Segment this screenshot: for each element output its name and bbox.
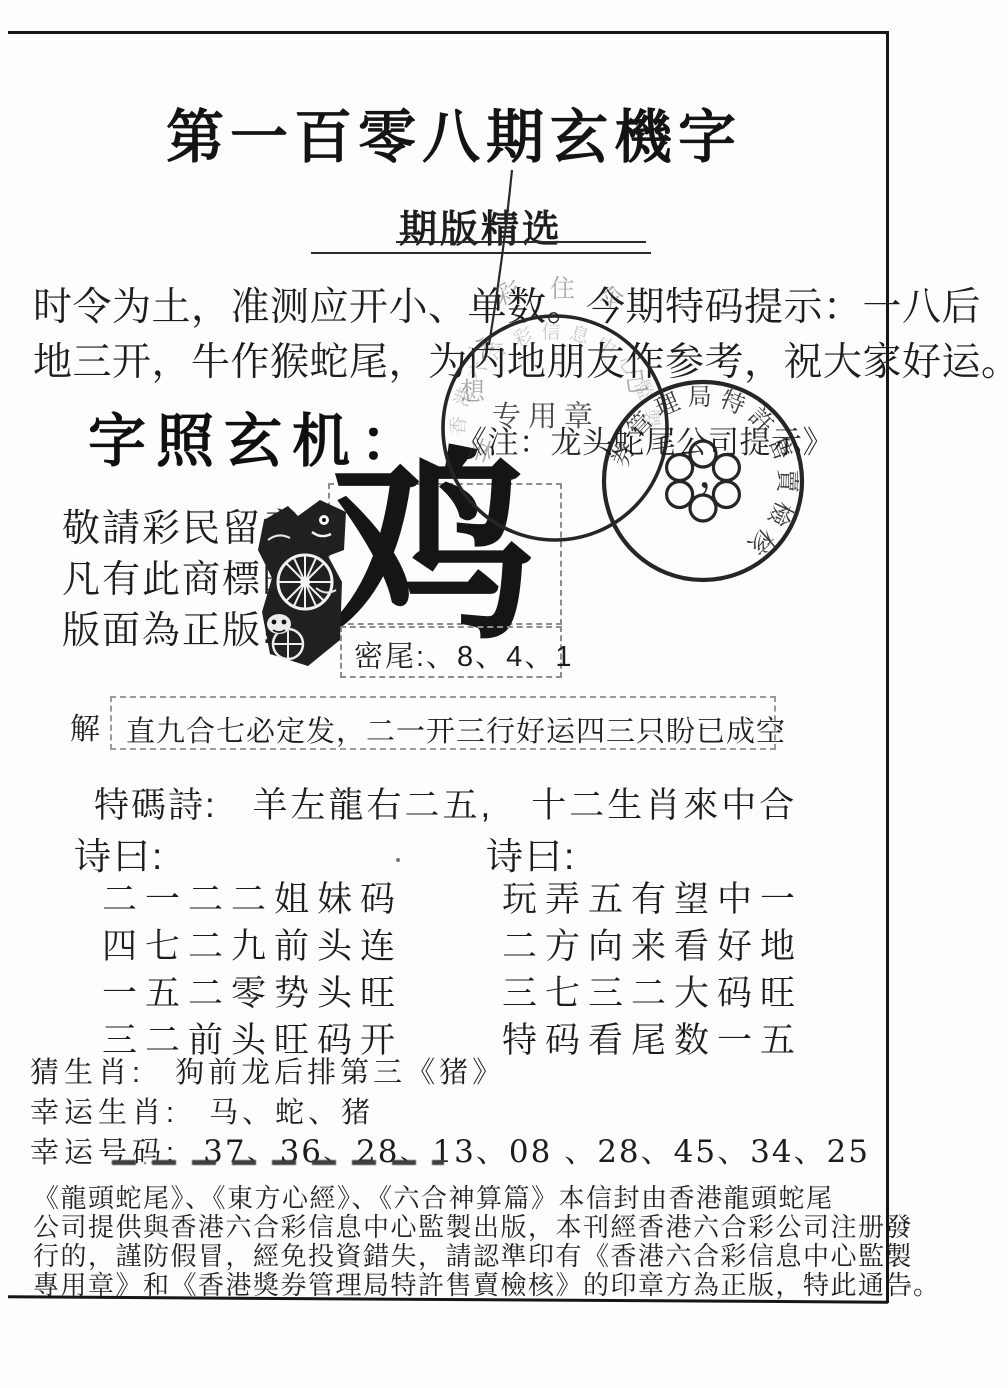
- special-poem-label: 特碼詩:: [94, 786, 217, 825]
- special-code-poem-row: 特碼詩: 羊左龍右二五, 十二生肖來中合: [94, 778, 797, 828]
- solution-box: 直九合七必定发，二一开三行好运四三只盼已成空: [110, 696, 776, 750]
- poem-right-line-2: 二方向来看好地: [502, 919, 803, 969]
- zodiac-character: 鸡: [330, 446, 535, 651]
- solution-label: 解: [70, 704, 100, 748]
- stamp-circle-cluster: [667, 441, 740, 521]
- lucky-zodiac-row: 幸运生肖: 马、蛇、猪: [30, 1090, 374, 1131]
- page-border-top: [8, 31, 888, 34]
- lucky-zodiac-value: 马、蛇、猪: [209, 1097, 374, 1129]
- poem-right-line-3: 三七三二大码旺: [502, 966, 803, 1016]
- right-stamp-circle: [604, 382, 802, 580]
- stamp-comma: ，: [698, 449, 740, 496]
- footer-line-4: 專用章》和《香港獎券管理局特許售賣檢核》的印章方為正版，特此通告。: [33, 1265, 889, 1302]
- poem-right-line-1: 玩弄五有望中一: [502, 872, 803, 922]
- scan-speck: [906, 1284, 911, 1288]
- subtitle-underline-2: [311, 252, 651, 254]
- edition-subtitle: 期版精选: [399, 198, 563, 253]
- trademark-artwork: [258, 492, 348, 668]
- poem-right-line-4: 特码看尾数一五: [502, 1013, 803, 1063]
- poem-left-line-1: 二一二二姐妹码: [102, 872, 403, 922]
- zodiac-guess-row: 猜生肖: 狗前龙后排第三《猪》: [30, 1050, 505, 1091]
- lucky-zodiac-label: 幸运生肖:: [30, 1097, 179, 1129]
- intro-line-1: 时令为土，准测应开小、单数。今期特码提示：一八后: [33, 276, 893, 332]
- zodiac-guess-value: 狗前龙后排第三《猪》: [175, 1057, 505, 1089]
- secret-tail-text: 密尾:、8、4、1: [354, 634, 573, 675]
- poem-left-line-3: 一五二零势头旺: [102, 966, 403, 1016]
- illegible-smudged-line: [112, 1160, 444, 1165]
- scan-speck: [396, 858, 400, 862]
- left-stamp-center-text: 专用章: [492, 400, 600, 433]
- special-poem-text: 羊左龍右二五, 十二生肖來中合: [252, 786, 797, 825]
- poem-left-line-2: 四七二九前头连: [102, 919, 403, 969]
- intro-line-2: 地三开，牛作猴蛇尾，为内地朋友作参考，祝大家好运。: [33, 331, 893, 387]
- issue-title: 第一百零八期玄機字: [0, 90, 908, 174]
- subtitle-underline-1: [396, 241, 646, 243]
- page-border-right: [886, 31, 889, 1303]
- zodiac-guess-label: 猜生肖:: [30, 1057, 145, 1089]
- lottery-flyer-page: 第一百零八期玄機字 期版精选 时令为土，准测应开小、单数。今期特码提示：一八后 …: [0, 0, 1008, 1388]
